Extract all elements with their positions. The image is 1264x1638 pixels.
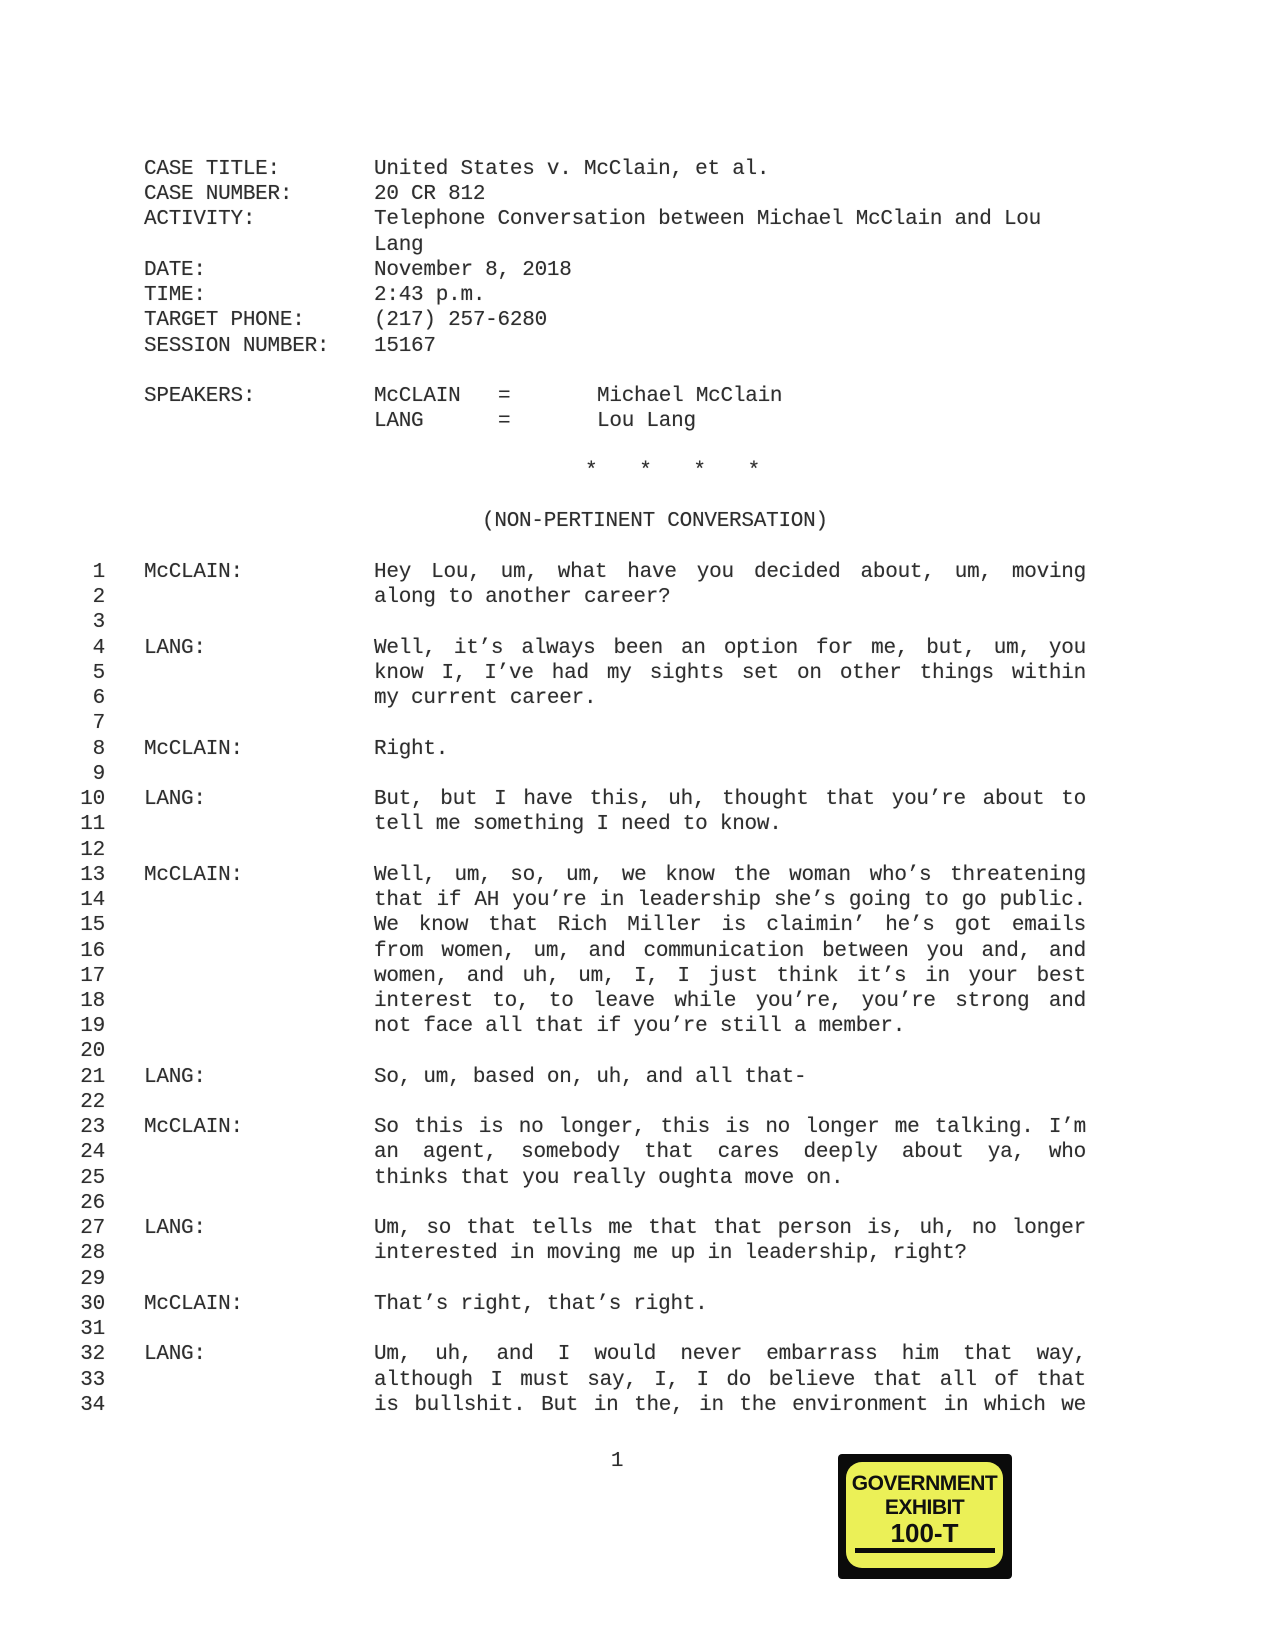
transcript-row: 6my current career. — [60, 686, 1090, 711]
stamp-underline — [855, 1548, 995, 1553]
transcript-row: 31 — [60, 1317, 1090, 1342]
line-number: 21 — [60, 1065, 105, 1090]
utterance-text: my current career. — [374, 686, 1086, 711]
equals-sign: = — [498, 409, 597, 434]
transcript-row: 32LANG:Um, uh, and I would never embarra… — [60, 1342, 1090, 1367]
stamp-label: GOVERNMENT EXHIBIT 100-T — [846, 1462, 1003, 1568]
government-exhibit-stamp: GOVERNMENT EXHIBIT 100-T — [838, 1454, 1012, 1579]
speakers-label — [144, 409, 374, 434]
transcript-row: 29 — [60, 1267, 1090, 1292]
line-number: 16 — [60, 939, 105, 964]
transcript-row: 16from women, um, and communication betw… — [60, 939, 1090, 964]
header-value: 2:43 p.m. — [374, 283, 1086, 308]
line-number: 26 — [60, 1191, 105, 1216]
line-number: 20 — [60, 1039, 105, 1064]
utterance-text: tell me something I need to know. — [374, 812, 1086, 837]
header-value: 15167 — [374, 334, 1086, 359]
line-number: 31 — [60, 1317, 105, 1342]
utterance-text: So, um, based on, uh, and all that- — [374, 1065, 1086, 1090]
speaker-label: McCLAIN: — [144, 863, 374, 888]
line-number: 8 — [60, 737, 105, 762]
line-number: 12 — [60, 838, 105, 863]
utterance-text: So this is no longer, this is no longer … — [374, 1115, 1086, 1140]
case-header: CASE TITLE:United States v. McClain, et … — [144, 157, 1086, 359]
equals-sign: = — [498, 384, 597, 409]
line-number: 24 — [60, 1140, 105, 1165]
utterance-text: That’s right, that’s right. — [374, 1292, 1086, 1317]
transcript-row: 14that if AH you’re in leadership she’s … — [60, 888, 1090, 913]
speaker-label: McCLAIN: — [144, 1292, 374, 1317]
speaker-label: LANG: — [144, 1065, 374, 1090]
transcript-body: 1McCLAIN:Hey Lou, um, what have you deci… — [60, 560, 1090, 1418]
utterance-text: know I, I’ve had my sights set on other … — [374, 661, 1086, 686]
header-value: 20 CR 812 — [374, 182, 1086, 207]
line-number: 15 — [60, 913, 105, 938]
stamp-title-line1: GOVERNMENT — [852, 1472, 998, 1496]
utterance-text: along to another career? — [374, 585, 1086, 610]
line-number: 10 — [60, 787, 105, 812]
utterance-text: thinks that you really oughta move on. — [374, 1166, 1086, 1191]
utterance-text: interest to, to leave while you’re, you’… — [374, 989, 1086, 1014]
utterance-text: But, but I have this, uh, thought that y… — [374, 787, 1086, 812]
line-number: 1 — [60, 560, 105, 585]
line-number: 23 — [60, 1115, 105, 1140]
line-number: 28 — [60, 1241, 105, 1266]
line-number: 33 — [60, 1368, 105, 1393]
asterisk-separator: * * * * — [585, 459, 760, 484]
utterance-text: is bullshit. But in the, in the environm… — [374, 1393, 1086, 1418]
line-number: 13 — [60, 863, 105, 888]
transcript-row: 21LANG:So, um, based on, uh, and all tha… — [60, 1065, 1090, 1090]
transcript-row: 7 — [60, 711, 1090, 736]
speaker-label: McCLAIN: — [144, 737, 374, 762]
transcript-row: 17women, and uh, um, I, I just think it’… — [60, 964, 1090, 989]
utterance-text: interested in moving me up in leadership… — [374, 1241, 1086, 1266]
utterance-text: We know that Rich Miller is claimin’ he’… — [374, 913, 1086, 938]
utterance-text: from women, um, and communication betwee… — [374, 939, 1086, 964]
transcript-row: 2along to another career? — [60, 585, 1090, 610]
utterance-text: although I must say, I, I do believe tha… — [374, 1368, 1086, 1393]
header-row: TIME:2:43 p.m. — [144, 283, 1086, 308]
utterance-text: Um, uh, and I would never embarrass him … — [374, 1342, 1086, 1367]
transcript-row: 27LANG:Um, so that tells me that that pe… — [60, 1216, 1090, 1241]
speakers-label: SPEAKERS: — [144, 384, 374, 409]
transcript-row: 23McCLAIN:So this is no longer, this is … — [60, 1115, 1090, 1140]
transcript-row: 34is bullshit. But in the, in the enviro… — [60, 1393, 1090, 1418]
stamp-title-line2: EXHIBIT — [885, 1496, 964, 1520]
utterance-text: Right. — [374, 737, 1086, 762]
transcript-row: 5know I, I’ve had my sights set on other… — [60, 661, 1090, 686]
line-number: 17 — [60, 964, 105, 989]
utterance-text: an agent, somebody that cares deeply abo… — [374, 1140, 1086, 1165]
transcript-row: 10LANG:But, but I have this, uh, thought… — [60, 787, 1090, 812]
transcript-row: 13McCLAIN:Well, um, so, um, we know the … — [60, 863, 1090, 888]
transcript-row: 22 — [60, 1090, 1090, 1115]
header-value: United States v. McClain, et al. — [374, 157, 1086, 182]
transcript-row: 28interested in moving me up in leadersh… — [60, 1241, 1090, 1266]
line-number: 9 — [60, 762, 105, 787]
line-number: 27 — [60, 1216, 105, 1241]
line-number: 4 — [60, 636, 105, 661]
utterance-text: that if AH you’re in leadership she’s go… — [374, 888, 1086, 913]
line-number: 25 — [60, 1166, 105, 1191]
header-value: (217) 257-6280 — [374, 308, 1086, 333]
transcript-row: 11tell me something I need to know. — [60, 812, 1090, 837]
page-number: 1 — [597, 1449, 637, 1474]
speaker-name: Michael McClain — [597, 384, 782, 409]
stamp-exhibit-number: 100-T — [891, 1521, 959, 1545]
line-number: 29 — [60, 1267, 105, 1292]
header-row: TARGET PHONE:(217) 257-6280 — [144, 308, 1086, 333]
line-number: 11 — [60, 812, 105, 837]
utterance-text: not face all that if you’re still a memb… — [374, 1014, 1086, 1039]
header-row: CASE NUMBER:20 CR 812 — [144, 182, 1086, 207]
transcript-row: 24an agent, somebody that cares deeply a… — [60, 1140, 1090, 1165]
utterance-text: women, and uh, um, I, I just think it’s … — [374, 964, 1086, 989]
speaker-label: LANG: — [144, 787, 374, 812]
speaker-row: SPEAKERS:McCLAIN=Michael McClain — [144, 384, 1086, 409]
transcript-row: 1McCLAIN:Hey Lou, um, what have you deci… — [60, 560, 1090, 585]
line-number: 18 — [60, 989, 105, 1014]
line-number: 6 — [60, 686, 105, 711]
speaker-label: LANG: — [144, 636, 374, 661]
line-number: 32 — [60, 1342, 105, 1367]
transcript-row: 19not face all that if you’re still a me… — [60, 1014, 1090, 1039]
header-label: SESSION NUMBER: — [144, 334, 374, 359]
transcript-row: 18interest to, to leave while you’re, yo… — [60, 989, 1090, 1014]
line-number: 3 — [60, 610, 105, 635]
transcript-row: 26 — [60, 1191, 1090, 1216]
line-number: 7 — [60, 711, 105, 736]
transcript-row: 9 — [60, 762, 1090, 787]
transcript-row: 8McCLAIN:Right. — [60, 737, 1090, 762]
utterance-text: Um, so that tells me that that person is… — [374, 1216, 1086, 1241]
header-value: Telephone Conversation between Michael M… — [374, 207, 1086, 257]
header-label: ACTIVITY: — [144, 207, 374, 232]
line-number: 14 — [60, 888, 105, 913]
transcript-row: 30McCLAIN:That’s right, that’s right. — [60, 1292, 1090, 1317]
transcript-row: 3 — [60, 610, 1090, 635]
header-row: CASE TITLE:United States v. McClain, et … — [144, 157, 1086, 182]
speaker-label: LANG: — [144, 1342, 374, 1367]
utterance-text: Hey Lou, um, what have you decided about… — [374, 560, 1086, 585]
header-row: SESSION NUMBER:15167 — [144, 334, 1086, 359]
header-label: CASE TITLE: — [144, 157, 374, 182]
line-number: 19 — [60, 1014, 105, 1039]
header-row: DATE:November 8, 2018 — [144, 258, 1086, 283]
transcript-row: 12 — [60, 838, 1090, 863]
line-number: 2 — [60, 585, 105, 610]
transcript-row: 4LANG:Well, it’s always been an option f… — [60, 636, 1090, 661]
header-label: TARGET PHONE: — [144, 308, 374, 333]
header-label: TIME: — [144, 283, 374, 308]
header-row: ACTIVITY:Telephone Conversation between … — [144, 207, 1086, 257]
header-label: CASE NUMBER: — [144, 182, 374, 207]
speakers-block: SPEAKERS:McCLAIN=Michael McClainLANG=Lou… — [144, 384, 1086, 434]
line-number: 5 — [60, 661, 105, 686]
line-number: 22 — [60, 1090, 105, 1115]
utterance-text: Well, um, so, um, we know the woman who’… — [374, 863, 1086, 888]
header-label: DATE: — [144, 258, 374, 283]
line-number: 30 — [60, 1292, 105, 1317]
speaker-code: McCLAIN — [374, 384, 498, 409]
utterance-text: Well, it’s always been an option for me,… — [374, 636, 1086, 661]
speaker-row: LANG=Lou Lang — [144, 409, 1086, 434]
speaker-label: McCLAIN: — [144, 560, 374, 585]
section-heading: (NON-PERTINENT CONVERSATION) — [482, 509, 828, 534]
speaker-code: LANG — [374, 409, 498, 434]
transcript-row: 25thinks that you really oughta move on. — [60, 1166, 1090, 1191]
transcript-row: 33although I must say, I, I do believe t… — [60, 1368, 1090, 1393]
speaker-name: Lou Lang — [597, 409, 696, 434]
transcript-row: 15We know that Rich Miller is claimin’ h… — [60, 913, 1090, 938]
speaker-label: McCLAIN: — [144, 1115, 374, 1140]
transcript-page: CASE TITLE:United States v. McClain, et … — [0, 0, 1264, 1638]
line-number: 34 — [60, 1393, 105, 1418]
transcript-row: 20 — [60, 1039, 1090, 1064]
header-value: November 8, 2018 — [374, 258, 1086, 283]
speaker-label: LANG: — [144, 1216, 374, 1241]
